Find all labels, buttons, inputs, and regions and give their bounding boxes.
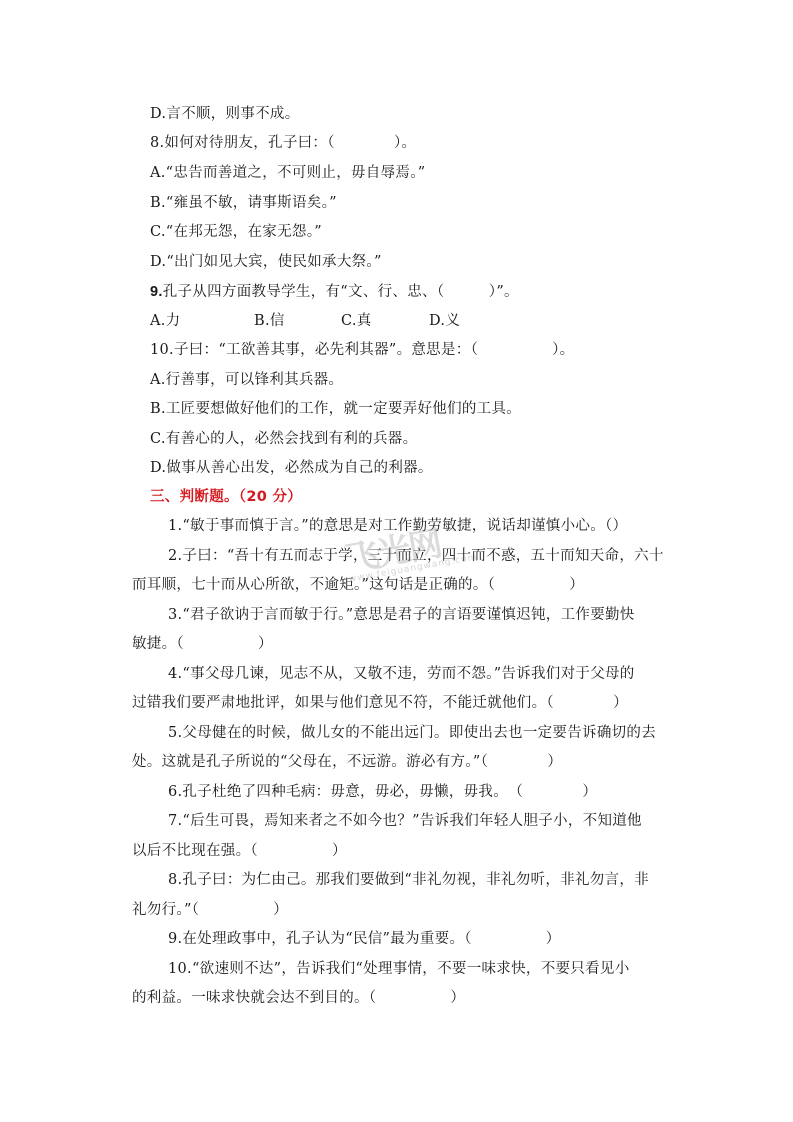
q7-option-d: D.言不顺，则事不成。 [150, 104, 300, 124]
q10-option-b: B.工匠要想做好他们的工作，就一定要弄好他们的工具。 [150, 399, 521, 419]
q8-option-c: C.“在邦无怨，在家无怨。” [150, 222, 322, 242]
q10-option-d: D.做事从善心出发，必然成为自己的利器。 [150, 458, 433, 478]
q9-option-d: D.义 [429, 311, 460, 331]
section-heading-true-false: 三、判断题。（20 分） [150, 487, 302, 507]
q8-option-d: D.“出门如见大宾，使民如承大祭。” [150, 252, 382, 272]
q8-stem: 8.如何对待朋友，孔子曰：（ ）。 [150, 133, 416, 153]
q8-option-a: A.“忠告而善道之，不可则止，毋自辱焉。” [150, 163, 425, 183]
tf-item-2-line-1: 2.子曰：“吾十有五而志于学，三十而立，四十而不惑，五十而知天命，六十 [168, 546, 664, 566]
tf-item-3-line-2: 敏捷。（ ） [132, 634, 273, 654]
q9-stem-text: 孔子从四方面教导学生，有“文、行、忠、（ ）”。 [163, 284, 519, 300]
tf-item-7-line-2: 以后不比现在强。（ ） [132, 841, 347, 861]
q9-option-a: A.力 [150, 311, 254, 331]
tf-item-10-line-1: 10.“欲速则不达”，告诉我们“处理事情，不要一味求快，不要只看见小 [168, 959, 630, 979]
q10-stem: 10.子曰：“工欲善其事，必先利其器”。意思是：（ ）。 [150, 340, 574, 360]
q10-option-a: A.行善事，可以锋利其兵器。 [150, 370, 343, 390]
tf-item-10-line-2: 的利益。一味求快就会达不到目的。（ ） [132, 988, 465, 1008]
q9-options: A.力B.信C.真D.义 [150, 311, 460, 331]
tf-item-2-line-2: 而耳顺，七十而从心所欲，不逾矩。”这句话是正确的。（ ） [132, 575, 584, 595]
tf-item-9: 9.在处理政事中，孔子认为“民信”最为重要。（ ） [168, 929, 561, 949]
tf-item-5-line-1: 5.父母健在的时候，做儿女的不能出远门。即使出去也一定要告诉确切的去 [168, 723, 656, 743]
q9-option-b: B.信 [254, 311, 341, 331]
q9-stem: 9.孔子从四方面教导学生，有“文、行、忠、（ ）”。 [150, 282, 519, 302]
tf-item-4-line-2: 过错我们要严肃地批评，如果与他们意见不符，不能迁就他们。（ ） [132, 693, 628, 713]
q9-number: 9. [150, 284, 163, 300]
document-page: D.言不顺，则事不成。 8.如何对待朋友，孔子曰：（ ）。 A.“忠告而善道之，… [0, 0, 793, 1122]
tf-item-3-line-1: 3.“君子欲讷于言而敏于行。”意思是君子的言语要谨慎迟钝，工作要勤快 [168, 605, 635, 625]
tf-item-1: 1.“敏于事而慎于言。”的意思是对工作勤劳敏捷，说话却谨慎小心。（） [168, 516, 627, 536]
tf-item-8-line-1: 8.孔子曰：为仁由己。那我们要做到“非礼勿视，非礼勿听，非礼勿言，非 [168, 870, 649, 890]
tf-item-5-line-2: 处。这就是孔子所说的“父母在，不远游。游必有方。”（ ） [132, 752, 562, 772]
tf-item-8-line-2: 礼勿行。”（ ） [132, 900, 288, 920]
q9-option-c: C.真 [341, 311, 429, 331]
tf-item-7-line-1: 7.“后生可畏，焉知来者之不如今也？”告诉我们年轻人胆子小，不知道他 [168, 811, 642, 831]
tf-item-6: 6.孔子杜绝了四种毛病：毋意，毋必，毋懒，毋我。 （ ） [168, 782, 597, 802]
q10-option-c: C.有善心的人，必然会找到有利的兵器。 [150, 429, 417, 449]
q8-option-b: B.“雍虽不敏，请事斯语矣。” [150, 193, 337, 213]
tf-item-4-line-1: 4.“事父母几谏，见志不从，又敬不违，劳而不怨。”告诉我们对于父母的 [168, 664, 635, 684]
